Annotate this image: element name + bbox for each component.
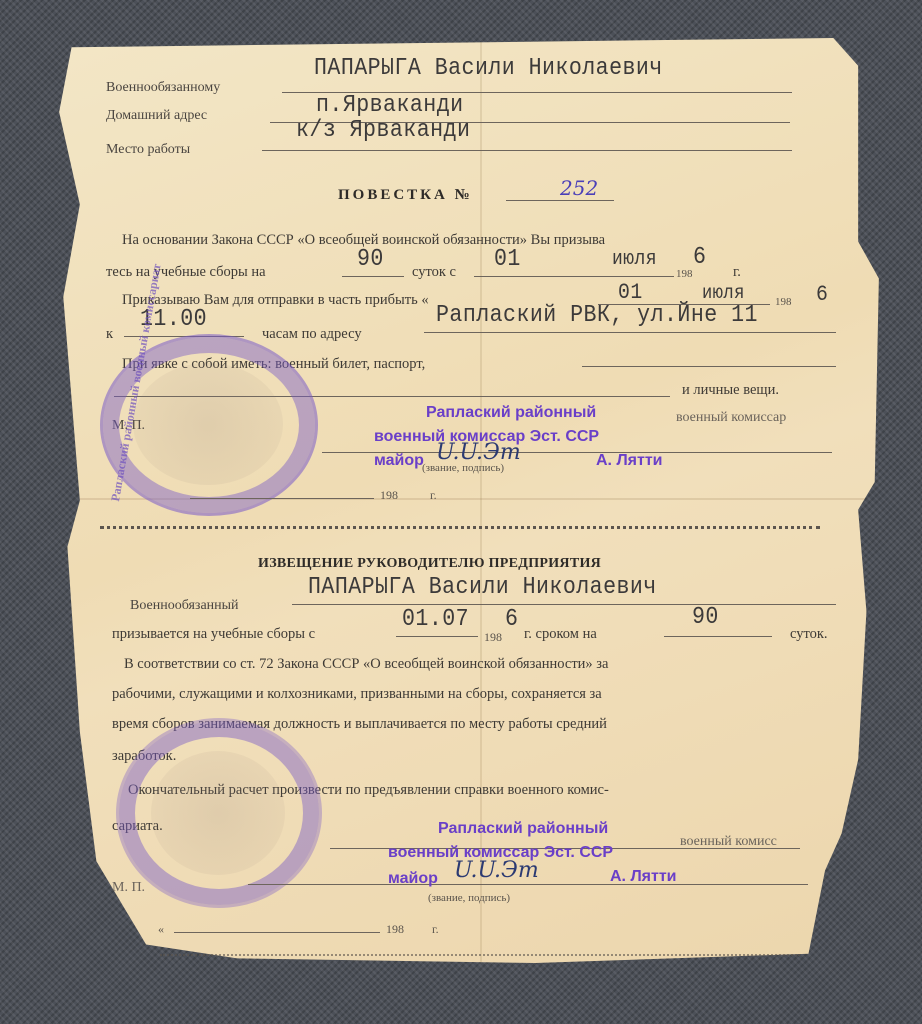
arrive-address: Раплаский РВК, ул.Йне 11 [436,302,758,329]
workplace: к/з Ярваканди [296,117,470,144]
notice-recipient-label: Военнообязанный [130,598,239,614]
summons-days: 90 [357,246,384,273]
notice-year-suffix: 6 [505,606,518,633]
workplace-line [262,150,792,151]
notice-date-open-quote: « [158,922,164,937]
notice-recipient-line [292,604,836,605]
home-address: п.Ярваканди [316,92,464,119]
year-prefix: 198 [676,268,693,280]
notice-date-unit: г. [432,922,439,937]
summons-number: 252 [560,176,598,200]
arrive-month: июля [702,282,745,304]
notice-start-date-line [396,636,478,637]
notice-seal-place-label: М. П. [112,880,145,896]
stamp-line1: Раплаский районный [426,404,596,422]
start-date-line [474,276,674,277]
year-suffix: 6 [693,244,706,271]
summons-para1-line2b: суток с [412,264,456,281]
tear-off-perforation [100,526,820,529]
summons-para3-end: и личные вещи. [682,382,779,399]
notice-line2a: призывается на учебные сборы с [112,626,315,643]
arrive-address-line [424,332,836,333]
notice-line2c: суток. [790,626,828,643]
notice-official-seal-stamp [116,718,322,908]
year-unit: г. [733,264,741,281]
notice-title: ИЗВЕЩЕНИЕ РУКОВОДИТЕЛЮ ПРЕДПРИЯТИЯ [258,556,601,572]
documents-line [582,366,836,367]
notice-date-year: 198 [386,922,404,937]
notice-para1-l1: В соответствии со ст. 72 Закона СССР «О … [124,656,608,673]
home-address-label: Домашний адрес [106,108,207,124]
recipient-label: Военнообязанному [106,80,220,96]
notice-start-date: 01.07 [402,606,469,633]
summons-title: ПОВЕСТКА № [338,187,473,204]
summons-para2-line2a: к [106,326,113,343]
coat-of-arms-icon [133,363,283,485]
date-year: 198 [380,488,398,503]
arrive-year-suffix: 6 [816,282,828,307]
notice-days: 90 [692,604,719,631]
bottom-perforation [160,954,800,956]
date-unit: г. [430,488,437,503]
rank-signature-caption: (звание, подпись) [422,462,504,474]
notice-coat-of-arms-icon [151,751,285,875]
notice-recipient-name: ПАПАРЫГА Васили Николаевич [308,574,657,601]
notice-stamp-name: А. Лятти [610,868,677,886]
notice-days-line [664,636,772,637]
workplace-label: Место работы [106,142,190,158]
arrive-year-prefix: 198 [775,296,792,308]
stamp-name: А. Лятти [596,452,663,470]
summons-para1-line2a: тесь на учебные сборы на [106,264,266,281]
start-day: 01 [494,246,521,273]
notice-signature-line [248,884,808,885]
commissar-label: военный комиссар [676,410,786,426]
start-month: июля [612,248,657,271]
notice-signature: U.U.Эт [454,858,539,883]
days-line [342,276,404,277]
notice-line2b: г. сроком на [524,626,597,643]
date-line [190,498,374,499]
notice-stamp-line1: Раплаский районный [438,820,608,838]
notice-para1-l2: рабочими, служащими и колхозниками, приз… [112,686,602,703]
notice-year-prefix: 198 [484,630,502,645]
stamp-rank: майор [374,452,424,470]
notice-stamp-rank: майор [388,870,438,888]
summons-para2-line2b: часам по адресу [262,326,362,343]
number-line [506,200,614,201]
notice-date-line [174,932,380,933]
notice-rank-signature-caption: (звание, подпись) [428,892,510,904]
recipient-name: ПАПАРЫГА Васили Николаевич [314,55,663,82]
